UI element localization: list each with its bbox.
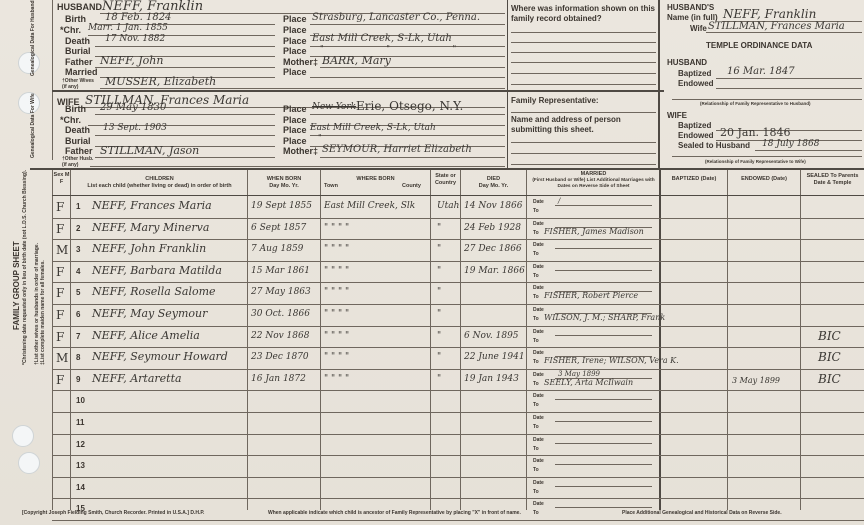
child-sex[interactable]: M: [56, 243, 68, 257]
child-birth-state[interactable]: ": [437, 331, 441, 341]
husband-death-place-label: Place: [283, 36, 307, 46]
married-date[interactable]: /: [558, 197, 560, 205]
col-when-born-sub: Day Mo. Yr.: [248, 183, 320, 190]
child-died[interactable]: 14 Nov 1866: [464, 201, 522, 211]
punch-hole: [18, 452, 40, 474]
married-to-label: To: [533, 359, 539, 365]
child-born[interactable]: 19 Sept 1855: [251, 201, 312, 211]
child-sealed[interactable]: BIC: [818, 372, 841, 386]
child-name[interactable]: NEFF, Mary Minerva: [92, 221, 209, 234]
table-row: F4NEFF, Barbara Matilda15 Mar 1861" " " …: [52, 262, 864, 284]
child-number: 13: [76, 461, 85, 470]
children-table: Sex M F CHILDREN List each child (whethe…: [52, 170, 864, 510]
married-to-label: To: [533, 467, 539, 473]
married-date-label: Date: [533, 199, 544, 205]
table-row: F6NEFF, May Seymour30 Oct. 1866" " " ""D…: [52, 305, 864, 327]
wife-birth-place-label: Place: [283, 104, 307, 114]
child-name[interactable]: NEFF, John Franklin: [92, 242, 206, 255]
wife-mother-label: Mother‡: [283, 146, 318, 156]
child-number: 6: [76, 310, 80, 319]
temple-ordinance-title: TEMPLE ORDINANCE DATA: [706, 41, 812, 50]
husband-birth-place-label: Place: [283, 14, 307, 24]
child-birth-town[interactable]: " " " ": [324, 331, 349, 341]
child-born[interactable]: 23 Dec 1870: [251, 352, 309, 362]
child-sealed[interactable]: BIC: [818, 350, 841, 364]
table-row: F2NEFF, Mary Minerva6 Sept 1857" " " ""2…: [52, 219, 864, 241]
husband-other-wives[interactable]: MUSSER, Elizabeth: [105, 75, 216, 88]
husband-death[interactable]: 17 Nov. 1882: [105, 34, 165, 44]
temple-husband-heading: HUSBAND: [667, 58, 707, 67]
temple-husband-baptized-label: Baptized: [678, 69, 711, 78]
child-sex[interactable]: F: [56, 308, 64, 322]
married-date-label: Date: [533, 221, 544, 227]
wife-birth[interactable]: 29 May 1830: [100, 102, 166, 113]
child-number: 9: [76, 375, 80, 384]
married-to[interactable]: FISHER, James Madison: [544, 227, 644, 236]
married-date-label: Date: [533, 372, 544, 378]
footer-copyright: [Copyright Joseph Fielding Smith, Church…: [22, 510, 204, 516]
table-row: 14DateTo: [52, 478, 864, 500]
child-died[interactable]: 24 Feb 1928: [464, 223, 521, 233]
col-children-sub: List each child (whether living or dead)…: [72, 183, 247, 190]
rel-wife-caption: (Relationship of Family Representative t…: [705, 159, 806, 164]
col-married-sub: (First Husband or Wife) List Additional …: [528, 178, 659, 189]
wife-birth-place-struck: New York: [312, 102, 356, 112]
child-birth-state[interactable]: ": [437, 309, 441, 319]
married-date-label: Date: [533, 307, 544, 313]
wife-chr-place-label: Place: [283, 115, 307, 125]
husband-father-label: Father: [65, 57, 93, 67]
child-birth-state[interactable]: ": [437, 223, 441, 233]
temple-wife-heading: WIFE: [667, 111, 687, 120]
col-endowed: ENDOWED (Date): [728, 176, 800, 183]
child-born[interactable]: 6 Sept 1857: [251, 223, 306, 233]
temple-husband-name[interactable]: NEFF, Franklin: [723, 7, 816, 21]
child-sex[interactable]: F: [56, 330, 64, 344]
husband-chr[interactable]: Marr. 1 Jan. 1855: [88, 23, 168, 33]
punch-hole: [18, 92, 40, 114]
married-date-label: Date: [533, 437, 544, 443]
child-birth-town[interactable]: East Mill Creek, Slk: [324, 201, 415, 211]
child-birth-state[interactable]: ": [437, 266, 441, 276]
child-died[interactable]: 27 Dec 1866: [464, 244, 522, 254]
married-date-label: Date: [533, 242, 544, 248]
married-to-label: To: [533, 424, 539, 430]
col-children: CHILDREN: [72, 176, 247, 183]
married-to-label: To: [533, 316, 539, 322]
child-number: 14: [76, 483, 85, 492]
child-number: 8: [76, 353, 80, 362]
child-birth-state[interactable]: ": [437, 244, 441, 254]
husbands-label: HUSBAND'S: [667, 3, 714, 12]
table-row: M3NEFF, John Franklin7 Aug 1859" " " ""2…: [52, 240, 864, 262]
married-to-label: To: [533, 251, 539, 257]
husband-death-place[interactable]: East Mill Creek, S-Lk, Utah: [312, 33, 452, 44]
married-to[interactable]: FISHER, Irene; WILSON, Vera K.: [544, 356, 679, 365]
child-number: 12: [76, 440, 85, 449]
child-number: 11: [76, 418, 84, 427]
child-died[interactable]: 22 June 1941: [464, 352, 525, 362]
child-born[interactable]: 30 Oct. 1866: [251, 309, 310, 319]
side-note-maiden-name: ‡List complete maiden name for all femal…: [40, 260, 46, 365]
child-sex[interactable]: M: [56, 351, 68, 365]
table-row: 12DateTo: [52, 435, 864, 457]
punch-hole: [12, 425, 34, 447]
married-to-label: To: [533, 381, 539, 387]
family-group-sheet: Genealogical Data For Husband Genealogic…: [0, 0, 864, 525]
married-to-label: To: [533, 230, 539, 236]
table-row: 13DateTo: [52, 456, 864, 478]
family-representative-label: Family Representative:: [511, 96, 599, 105]
married-to-label: To: [533, 510, 539, 516]
husband-birth-label: Birth: [65, 14, 86, 24]
child-born[interactable]: 27 May 1863: [251, 287, 311, 297]
child-name[interactable]: NEFF, May Seymour: [92, 307, 207, 320]
temple-husband-endowed-label: Endowed: [678, 79, 714, 88]
sheet-title: FAMILY GROUP SHEET: [12, 241, 21, 330]
temple-wife-sealed[interactable]: 18 July 1868: [762, 139, 819, 149]
wife-mother[interactable]: SEYMOUR, Harriet Elizabeth: [322, 144, 472, 155]
col-sex: Sex M F: [53, 172, 70, 186]
married-date-label: Date: [533, 480, 544, 486]
side-label-husband: Genealogical Data For Husband: [30, 6, 36, 76]
temple-wife-endowed-label: Endowed: [678, 131, 714, 140]
wife-father[interactable]: STILLMAN, Jason: [100, 144, 199, 157]
married-to-label: To: [533, 294, 539, 300]
child-birth-state[interactable]: ": [437, 287, 441, 297]
wife-father-label: Father: [65, 146, 93, 156]
temple-husband-baptized[interactable]: 16 Mar. 1847: [727, 66, 795, 77]
wife-birth-place[interactable]: Erie, Otsego, N.Y.: [356, 99, 463, 113]
table-row: F1NEFF, Frances Maria19 Sept 1855East Mi…: [52, 197, 864, 219]
temple-wife-endowed[interactable]: 20 Jan. 1846: [720, 126, 791, 139]
temple-wife-baptized-label: Baptized: [678, 121, 711, 130]
child-born[interactable]: 22 Nov 1868: [251, 331, 309, 341]
married-to-label: To: [533, 273, 539, 279]
married-date-label: Date: [533, 329, 544, 335]
info-source-question: Where was information shown on this fami…: [511, 4, 657, 24]
married-date[interactable]: 3 May 1899: [558, 370, 600, 378]
temple-wife-name[interactable]: STILLMAN, Frances Maria: [708, 21, 845, 32]
table-row: M8NEFF, Seymour Howard23 Dec 1870" " " "…: [52, 348, 864, 370]
col-where-born: WHERE BORN: [321, 176, 430, 183]
married-date-label: Date: [533, 501, 544, 507]
footer-ancestor-note: When applicable indicate which child is …: [268, 510, 521, 516]
wife-death-label: Death: [65, 125, 90, 135]
child-born[interactable]: 16 Jan 1872: [251, 374, 306, 384]
husband-burial-label: Burial: [65, 46, 91, 56]
married-date-label: Date: [533, 285, 544, 291]
col-baptized: BAPTIZED (Date): [661, 176, 727, 183]
child-number: 3: [76, 245, 80, 254]
child-birth-town[interactable]: " " " ": [324, 374, 349, 384]
married-date-label: Date: [533, 458, 544, 464]
child-birth-state[interactable]: ": [437, 352, 441, 362]
temple-wife-label: Wife: [690, 24, 707, 33]
husband-chr-place-label: Place: [283, 25, 307, 35]
child-sex[interactable]: F: [56, 286, 64, 300]
child-number: 4: [76, 267, 80, 276]
husband-father[interactable]: NEFF, John: [100, 54, 163, 67]
col-state: State or Country: [431, 173, 460, 187]
husband-birth-place[interactable]: Strasburg, Lancaster Co., Penna.: [312, 12, 480, 23]
married-to-label: To: [533, 402, 539, 408]
wife-death-place-label: Place: [283, 125, 307, 135]
col-sealed: SEALED To Parents Date & Temple: [801, 173, 864, 187]
child-died[interactable]: 6 Nov. 1895: [464, 331, 519, 341]
married-date-label: Date: [533, 350, 544, 356]
wife-burial-place-label: Place: [283, 136, 307, 146]
husband-heading: HUSBAND: [57, 2, 102, 12]
child-name[interactable]: NEFF, Seymour Howard: [92, 350, 228, 363]
child-name[interactable]: NEFF, Barbara Matilda: [92, 264, 222, 277]
child-birth-town[interactable]: " " " ": [324, 287, 349, 297]
married-date-label: Date: [533, 415, 544, 421]
table-row: F5NEFF, Rosella Salome27 May 1863" " " "…: [52, 283, 864, 305]
husband-death-label: Death: [65, 36, 90, 46]
child-name[interactable]: NEFF, Alice Amelia: [92, 329, 200, 342]
child-birth-town[interactable]: " " " ": [324, 266, 349, 276]
married-to-label: To: [533, 208, 539, 214]
wife-birth-label: Birth: [65, 104, 86, 114]
col-married: MARRIED: [528, 171, 659, 178]
married-to-label: To: [533, 338, 539, 344]
wife-burial-place[interactable]: ": [318, 133, 322, 142]
child-name[interactable]: NEFF, Rosella Salome: [92, 285, 216, 298]
child-sex[interactable]: F: [56, 200, 64, 214]
child-birth-town[interactable]: " " " ": [324, 352, 349, 362]
temple-sealed-label: Sealed to Husband: [678, 141, 750, 150]
husband-married-label: Married: [65, 67, 98, 77]
table-row: 10DateTo: [52, 391, 864, 413]
side-label-wife: Genealogical Data For Wife: [30, 88, 36, 158]
husband-mother[interactable]: BARR, Mary: [322, 54, 391, 67]
rel-husband-caption: (Relationship of Family Representative t…: [700, 101, 811, 106]
col-county: County: [402, 183, 421, 190]
husband-birth[interactable]: 18 Feb. 1824: [105, 12, 171, 23]
child-number: 1: [76, 202, 80, 211]
submitter-label: Name and address of person submitting th…: [511, 115, 657, 135]
punch-hole: [18, 52, 40, 74]
child-birth-town[interactable]: " " " ": [324, 223, 349, 233]
husband-married-place-label: Place: [283, 67, 307, 77]
child-birth-state[interactable]: ": [437, 374, 441, 384]
married-to-label: To: [533, 489, 539, 495]
col-died-sub: Day Mo. Yr.: [461, 183, 526, 190]
child-died[interactable]: 19 Mar. 1866: [464, 266, 525, 276]
side-note-christening: *Christening date requested only in lieu…: [22, 165, 28, 365]
husband-burial-place[interactable]: " " ": [320, 44, 486, 53]
married-to-label: To: [533, 446, 539, 452]
table-row: F7NEFF, Alice Amelia22 Nov 1868" " " ""6…: [52, 327, 864, 349]
child-born[interactable]: 7 Aug 1859: [251, 244, 303, 254]
husband-mother-label: Mother‡: [283, 57, 318, 67]
husband-other-wives-label: †Other Wives (if any): [62, 78, 98, 90]
child-sex[interactable]: F: [56, 373, 64, 387]
wife-death[interactable]: 13 Sept. 1903: [103, 123, 167, 133]
footer-reverse-note: Place Additional Genealogical and Histor…: [622, 510, 782, 516]
married-date-label: Date: [533, 393, 544, 399]
child-sex[interactable]: F: [56, 265, 64, 279]
child-birth-state[interactable]: Utah: [437, 201, 459, 211]
child-birth-town[interactable]: " " " ": [324, 244, 349, 254]
child-birth-town[interactable]: " " " ": [324, 309, 349, 319]
table-row: 11DateTo: [52, 413, 864, 435]
child-sealed[interactable]: BIC: [818, 329, 841, 343]
wife-burial-label: Burial: [65, 136, 91, 146]
married-to[interactable]: SEELY, Arta McIlwain: [544, 378, 633, 387]
child-endowed[interactable]: 3 May 1899: [732, 376, 780, 385]
married-to[interactable]: FISHER, Robert Pierce: [544, 291, 638, 300]
child-number: 2: [76, 224, 80, 233]
col-town: Town: [324, 183, 338, 190]
wife-death-place[interactable]: East Mill Creek, S-Lk, Utah: [310, 123, 436, 133]
col-died: DIED: [461, 176, 526, 183]
husband-burial-place-label: Place: [283, 46, 307, 56]
child-name[interactable]: NEFF, Artaretta: [92, 372, 182, 385]
child-number: 10: [76, 396, 85, 405]
child-sex[interactable]: F: [56, 222, 64, 236]
child-number: 7: [76, 332, 80, 341]
married-to[interactable]: WILSON, J. M.; SHARP, Frank: [544, 313, 665, 322]
child-name[interactable]: NEFF, Frances Maria: [92, 199, 212, 212]
col-when-born: WHEN BORN: [248, 176, 320, 183]
table-row: F9NEFF, Artaretta16 Jan 1872" " " ""19 J…: [52, 370, 864, 392]
child-number: 5: [76, 288, 80, 297]
wife-chr-label: *Chr.: [60, 115, 81, 125]
married-date-label: Date: [533, 264, 544, 270]
husband-chr-label: *Chr.: [60, 25, 81, 35]
child-born[interactable]: 15 Mar 1861: [251, 266, 310, 276]
child-died[interactable]: 19 Jan 1943: [464, 374, 519, 384]
